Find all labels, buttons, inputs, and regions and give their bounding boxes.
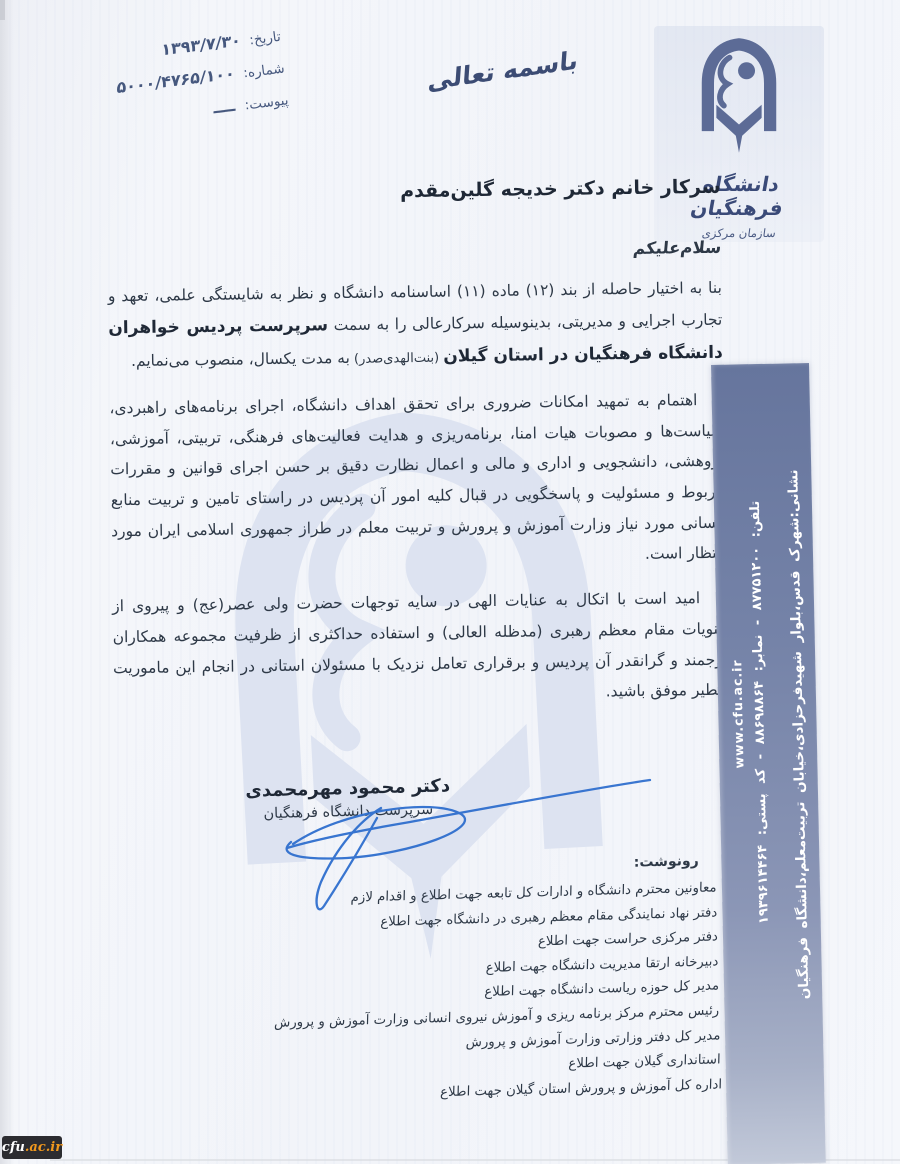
address-vertical-text: نشانی:شهرک قدس،بلوار شهیدفرحزادی،خیابان … [785, 469, 812, 999]
paragraph-wishes: امید است با اتکال به عنایات الهی در سایه… [112, 583, 728, 714]
salutation-wrap: سلام‌علیکم [107, 198, 722, 266]
besmellah-calligraphy: باسمه تعالی [398, 41, 608, 100]
website-vertical-text: www.cfu.ac.ir [729, 659, 746, 768]
number-label: شماره: [242, 60, 285, 81]
salutation: سلام‌علیکم [632, 238, 722, 258]
badge-prefix: cfu [2, 1140, 25, 1155]
cfu-site-badge: cfu.ac.ir [2, 1136, 62, 1159]
attachment-value: ــــ [214, 96, 236, 118]
scan-left-edge [0, 0, 14, 1164]
paragraph-appointment: بنا به اختیار حاصله از بند (۱۲) ماده (۱۱… [108, 273, 723, 380]
phone-fax-postal-vertical-text: تلفن: ۸۷۷۵۱۲۰۰ - نمابر: ۸۸۶۹۸۸۶۴ - کد پس… [748, 501, 772, 924]
p1-end: به مدت یکسال، منصوب می‌نمایم. [131, 349, 350, 370]
cc-block: رونوشت: ● معاونین محترم دانشگاه و ادارات… [147, 852, 746, 1114]
university-emblem-icon [687, 34, 791, 166]
number-value: ۵۰۰۰/۴۷۶۵/۱۰۰ [116, 63, 235, 97]
scan-corner-artifact [0, 0, 5, 20]
signer-title: سرپرست دانشگاه فرهنگیان [198, 800, 498, 824]
signer-name: دکتر محمود مهرمحمدی [198, 774, 498, 803]
signature-block: دکتر محمود مهرمحمدی سرپرست دانشگاه فرهنگ… [198, 774, 499, 824]
cc-list: ● معاونین محترم دانشگاه و ادارات کل تابع… [147, 876, 745, 1114]
attachment-label: پیوست: [244, 92, 290, 113]
paragraph-duties: اهتمام به تمهید امکانات ضروری برای تحقق … [109, 385, 726, 578]
badge-suffix: .ac.ir [25, 1140, 62, 1155]
p1-campus-paren: (بنت‌الهدی‌صدر) [350, 351, 444, 367]
letter-body: سرکار خانم دکتر خدیجه گلین‌مقدم سلام‌علی… [106, 176, 727, 714]
scanned-letter-page: تاریخ: ۱۳۹۳/۷/۳۰ شماره: ۵۰۰۰/۴۷۶۵/۱۰۰ پی… [0, 0, 900, 1164]
contact-sidebar-band: نشانی:شهرک قدس،بلوار شهیدفرحزادی،خیابان … [711, 363, 826, 1164]
date-value: ۱۳۹۳/۷/۳۰ [161, 30, 241, 59]
date-label: تاریخ: [248, 29, 281, 49]
letter-meta-block: تاریخ: ۱۳۹۳/۷/۳۰ شماره: ۵۰۰۰/۴۷۶۵/۱۰۰ پی… [41, 26, 291, 151]
